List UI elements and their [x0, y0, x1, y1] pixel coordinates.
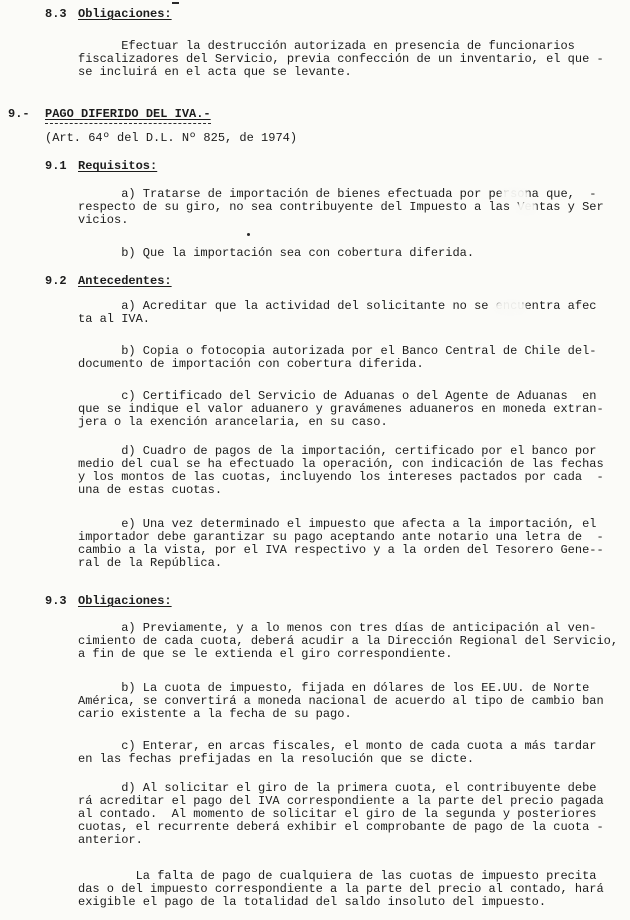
scan-smudge-persona — [501, 189, 528, 201]
paragraph-9-2-c: c) Certificado del Servicio de Aduanas o… — [78, 390, 604, 429]
section-heading-9-3: Obligaciones: — [78, 595, 172, 608]
paragraph-9-3-d: d) Al solicitar el giro de la primera cu… — [78, 782, 604, 847]
section-number-8-3: 8.3 — [45, 8, 67, 21]
paragraph-8-3: Efectuar la destrucción autorizada en pr… — [78, 40, 604, 79]
scanned-document-page: 8.3 Obligaciones: Efectuar la destrucció… — [0, 0, 630, 920]
scan-smudge-ventas — [517, 202, 536, 214]
section-subtitle-9: (Art. 64º del D.L. Nº 825, de 1974) — [45, 132, 297, 145]
paragraph-9-3-c: c) Enterar, en arcas fiscales, el monto … — [78, 740, 596, 766]
paragraph-9-3-a: a) Previamente, y a lo menos con tres dí… — [78, 622, 618, 661]
scan-artifact-dot — [247, 233, 250, 236]
scan-artifact-dash — [172, 2, 179, 4]
section-number-9-1: 9.1 — [45, 160, 67, 173]
section-heading-9-1: Requisitos: — [78, 160, 157, 173]
section-title-9: PAGO DIFERIDO DEL IVA.- — [45, 108, 211, 124]
paragraph-9-3-b: b) La cuota de impuesto, fijada en dólar… — [78, 682, 604, 721]
paragraph-9-2-e: e) Una vez determinado el impuesto que a… — [78, 518, 604, 570]
section-heading-9-2: Antecedentes: — [78, 275, 172, 288]
paragraph-9-3-closing: La falta de pago de cualquiera de las cu… — [78, 870, 604, 909]
section-number-9-3: 9.3 — [45, 595, 67, 608]
section-number-9-2: 9.2 — [45, 275, 67, 288]
paragraph-9-2-d: d) Cuadro de pagos de la importación, ce… — [78, 445, 604, 497]
paragraph-9-1-b: b) Que la importación sea con cobertura … — [78, 247, 474, 260]
scan-smudge-encuentra — [495, 301, 526, 314]
section-number-9: 9.- — [8, 108, 30, 121]
paragraph-9-2-b: b) Copia o fotocopia autorizada por el B… — [78, 345, 596, 371]
section-heading-8-3: Obligaciones: — [78, 8, 172, 21]
